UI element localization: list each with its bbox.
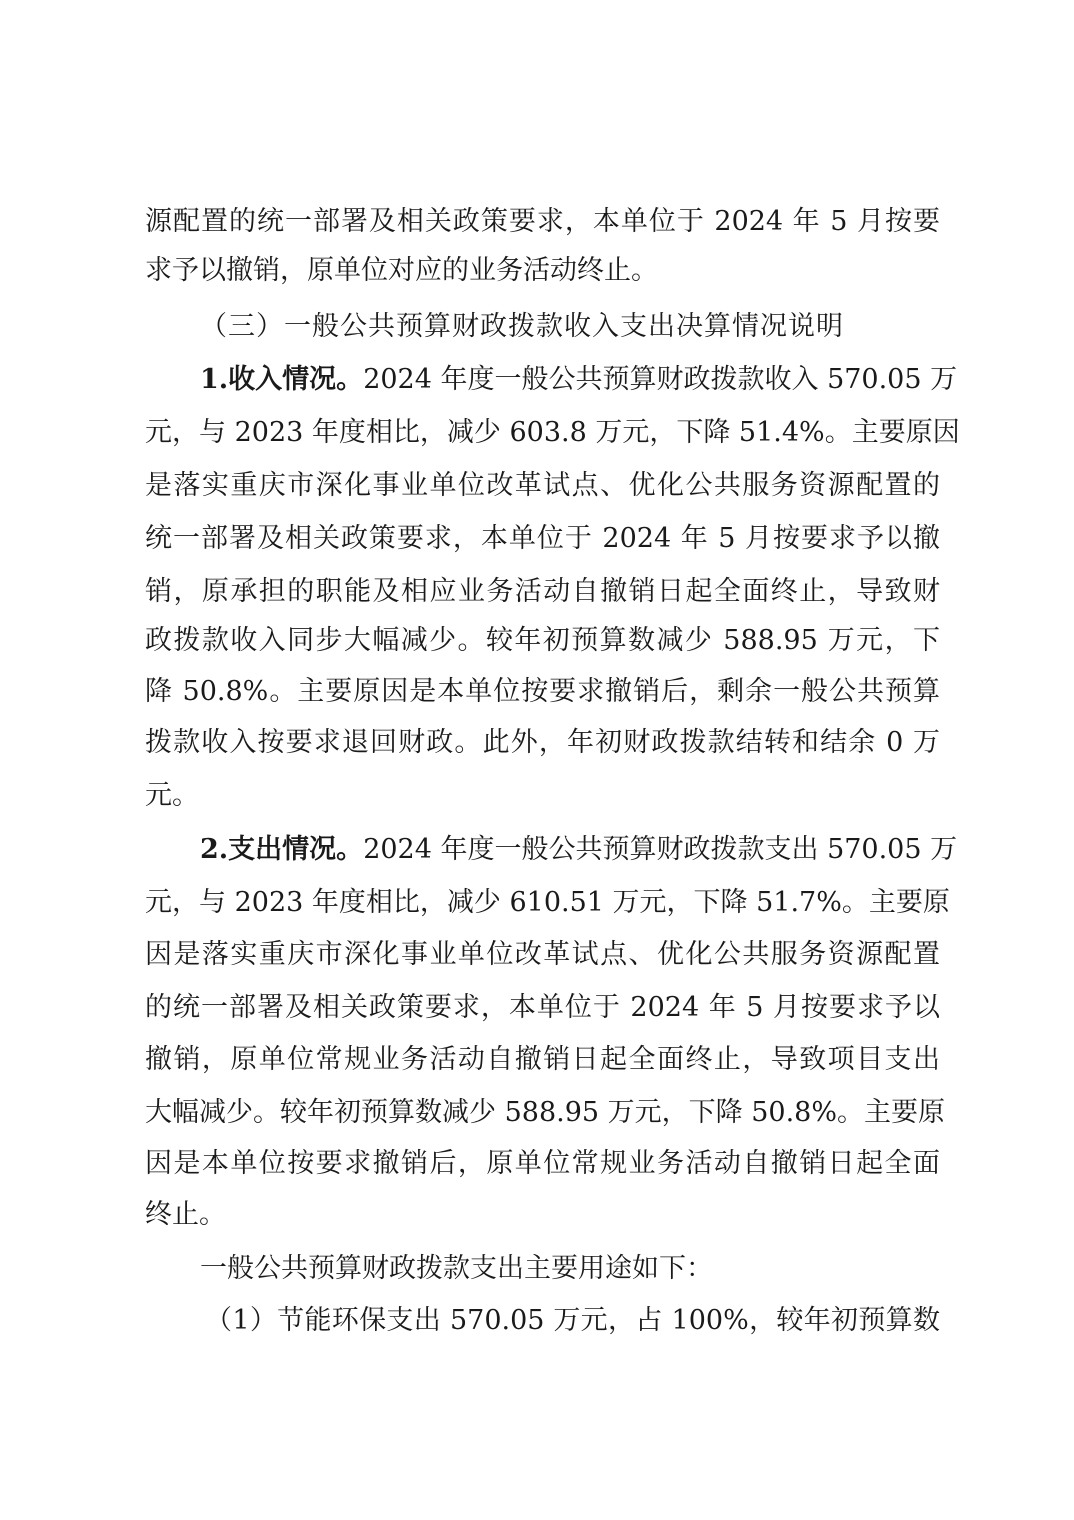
paragraph-line: 是落实重庆市深化事业单位改革试点、优化公共服务资源配置的	[145, 466, 940, 506]
uses-item: （1）节能环保支出 570.05 万元，占 100%，较年初预算数	[205, 1301, 940, 1341]
paragraph-line: 源配置的统一部署及相关政策要求，本单位于 2024 年 5 月按要	[145, 202, 940, 242]
paragraph-line: 因是本单位按要求撤销后，原单位常规业务活动自撤销日起全面	[145, 1144, 940, 1184]
paragraph-text: 2024 年度一般公共预算财政拨款收入 570.05 万	[363, 364, 957, 395]
paragraph-line: 元。	[145, 776, 940, 816]
paragraph-line: 统一部署及相关政策要求，本单位于 2024 年 5 月按要求予以撤	[145, 519, 940, 559]
paragraph-line: 大幅减少。较年初预算数减少 588.95 万元，下降 50.8%。主要原	[145, 1093, 940, 1133]
income-label: 1.收入情况。	[200, 364, 363, 395]
paragraph-line: 元，与 2023 年度相比，减少 603.8 万元，下降 51.4%。主要原因	[145, 413, 940, 453]
expenditure-paragraph-first-line: 2.支出情况。2024 年度一般公共预算财政拨款支出 570.05 万	[200, 830, 940, 870]
paragraph-line: 拨款收入按要求退回财政。此外，年初财政拨款结转和结余 0 万	[145, 723, 940, 763]
paragraph-line: 降 50.8%。主要原因是本单位按要求撤销后，剩余一般公共预算	[145, 672, 940, 712]
paragraph-line: 销，原承担的职能及相应业务活动自撤销日起全面终止，导致财	[145, 572, 940, 612]
paragraph-line: 终止。	[145, 1195, 940, 1235]
paragraph-line: 求予以撤销，原单位对应的业务活动终止。	[145, 251, 940, 291]
uses-intro: 一般公共预算财政拨款支出主要用途如下：	[200, 1249, 940, 1289]
paragraph-line: 撤销，原单位常规业务活动自撤销日起全面终止，导致项目支出	[145, 1040, 940, 1080]
income-paragraph-first-line: 1.收入情况。2024 年度一般公共预算财政拨款收入 570.05 万	[200, 360, 940, 400]
paragraph-line: 因是落实重庆市深化事业单位改革试点、优化公共服务资源配置	[145, 935, 940, 975]
paragraph-line: 元，与 2023 年度相比，减少 610.51 万元，下降 51.7%。主要原	[145, 883, 940, 923]
paragraph-text: 2024 年度一般公共预算财政拨款支出 570.05 万	[363, 834, 957, 865]
document-page: 源配置的统一部署及相关政策要求，本单位于 2024 年 5 月按要 求予以撤销，…	[0, 0, 1074, 1520]
paragraph-line: 的统一部署及相关政策要求，本单位于 2024 年 5 月按要求予以	[145, 988, 940, 1028]
section-heading: （三）一般公共预算财政拨款收入支出决算情况说明	[200, 307, 880, 347]
paragraph-line: 政拨款收入同步大幅减少。较年初预算数减少 588.95 万元，下	[145, 621, 940, 661]
expenditure-label: 2.支出情况。	[200, 834, 363, 865]
